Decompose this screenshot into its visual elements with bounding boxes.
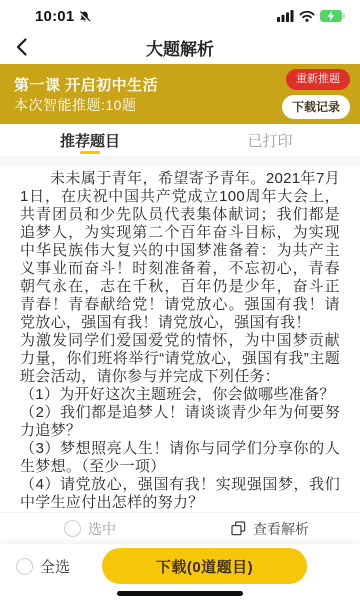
tab-printed[interactable]: 已打印 (180, 124, 360, 156)
tab-recommended-label: 推荐题目 (60, 130, 120, 151)
question-item-1: （1）为开好这次主题班会，你会做哪些准备？ (20, 386, 340, 404)
status-time: 10:01 (35, 8, 74, 25)
bottom-bar: 全选 下载(0道题目) (0, 544, 360, 600)
question-item-2: （2）我们都是追梦人！请谈谈青少年为何要努力追梦？ (20, 404, 340, 440)
signal-icon (277, 10, 294, 22)
divider (0, 156, 360, 166)
select-label: 选中 (88, 519, 116, 539)
question-actions: 选中 查看解析 (0, 512, 360, 544)
question-item-4: （4）请党放心，强国有我！实现强国梦，我们中学生应付出怎样的努力？ (20, 476, 340, 512)
tab-recommended[interactable]: 推荐题目 (0, 124, 180, 156)
select-all-checkbox[interactable] (16, 558, 33, 575)
tab-bar: 推荐题目 已打印 (0, 124, 360, 156)
download-record-button[interactable]: 下载记录 (282, 95, 350, 119)
view-analysis-button[interactable]: 查看解析 (180, 519, 360, 539)
question-paragraph-1: 未未属于青年，希望寄予青年。2021年7月1日，在庆祝中国共产党成立100周年大… (20, 170, 340, 332)
view-analysis-label: 查看解析 (253, 519, 309, 539)
wifi-icon (299, 10, 315, 22)
lesson-info: 第一课 开启初中生活 本次智能推题:10题 (14, 72, 158, 116)
lesson-title: 第一课 开启初中生活 (14, 74, 158, 95)
lesson-banner: 第一课 开启初中生活 本次智能推题:10题 重新推题 下载记录 (0, 64, 360, 124)
recommend-count: 本次智能推题:10题 (14, 95, 158, 115)
copy-pages-icon (231, 521, 246, 536)
select-checkbox[interactable] (64, 520, 81, 537)
banner-actions: 重新推题 下载记录 (282, 69, 350, 119)
re-recommend-button[interactable]: 重新推题 (286, 69, 350, 90)
page-title: 大题解析 (0, 35, 360, 60)
download-button[interactable]: 下载(0道题目) (102, 548, 307, 584)
app-screen: 10:01 (0, 0, 360, 600)
tab-active-indicator (80, 151, 100, 154)
question-paragraph-2: 为激发同学们爱国爱党的情怀，为中国梦贡献力量，你们班将举行“请党放心，强国有我”… (20, 332, 340, 386)
status-bar: 10:01 (0, 0, 360, 30)
question-text: 未未属于青年，希望寄予青年。2021年7月1日，在庆祝中国共产党成立100周年大… (0, 166, 360, 512)
nav-bar: 大题解析 (0, 30, 360, 64)
status-left: 10:01 (35, 8, 91, 25)
select-question[interactable]: 选中 (0, 519, 180, 539)
battery-charging-icon (320, 10, 345, 22)
status-right (277, 10, 345, 22)
select-all-label: 全选 (40, 556, 70, 577)
home-indicator[interactable] (117, 591, 243, 596)
question-item-3: （3）梦想照亮人生！请你与同学们分享你的人生梦想。（至少一项） (20, 440, 340, 476)
tab-printed-label: 已打印 (247, 130, 292, 151)
mute-bell-icon (78, 10, 91, 23)
select-all[interactable]: 全选 (16, 556, 70, 577)
